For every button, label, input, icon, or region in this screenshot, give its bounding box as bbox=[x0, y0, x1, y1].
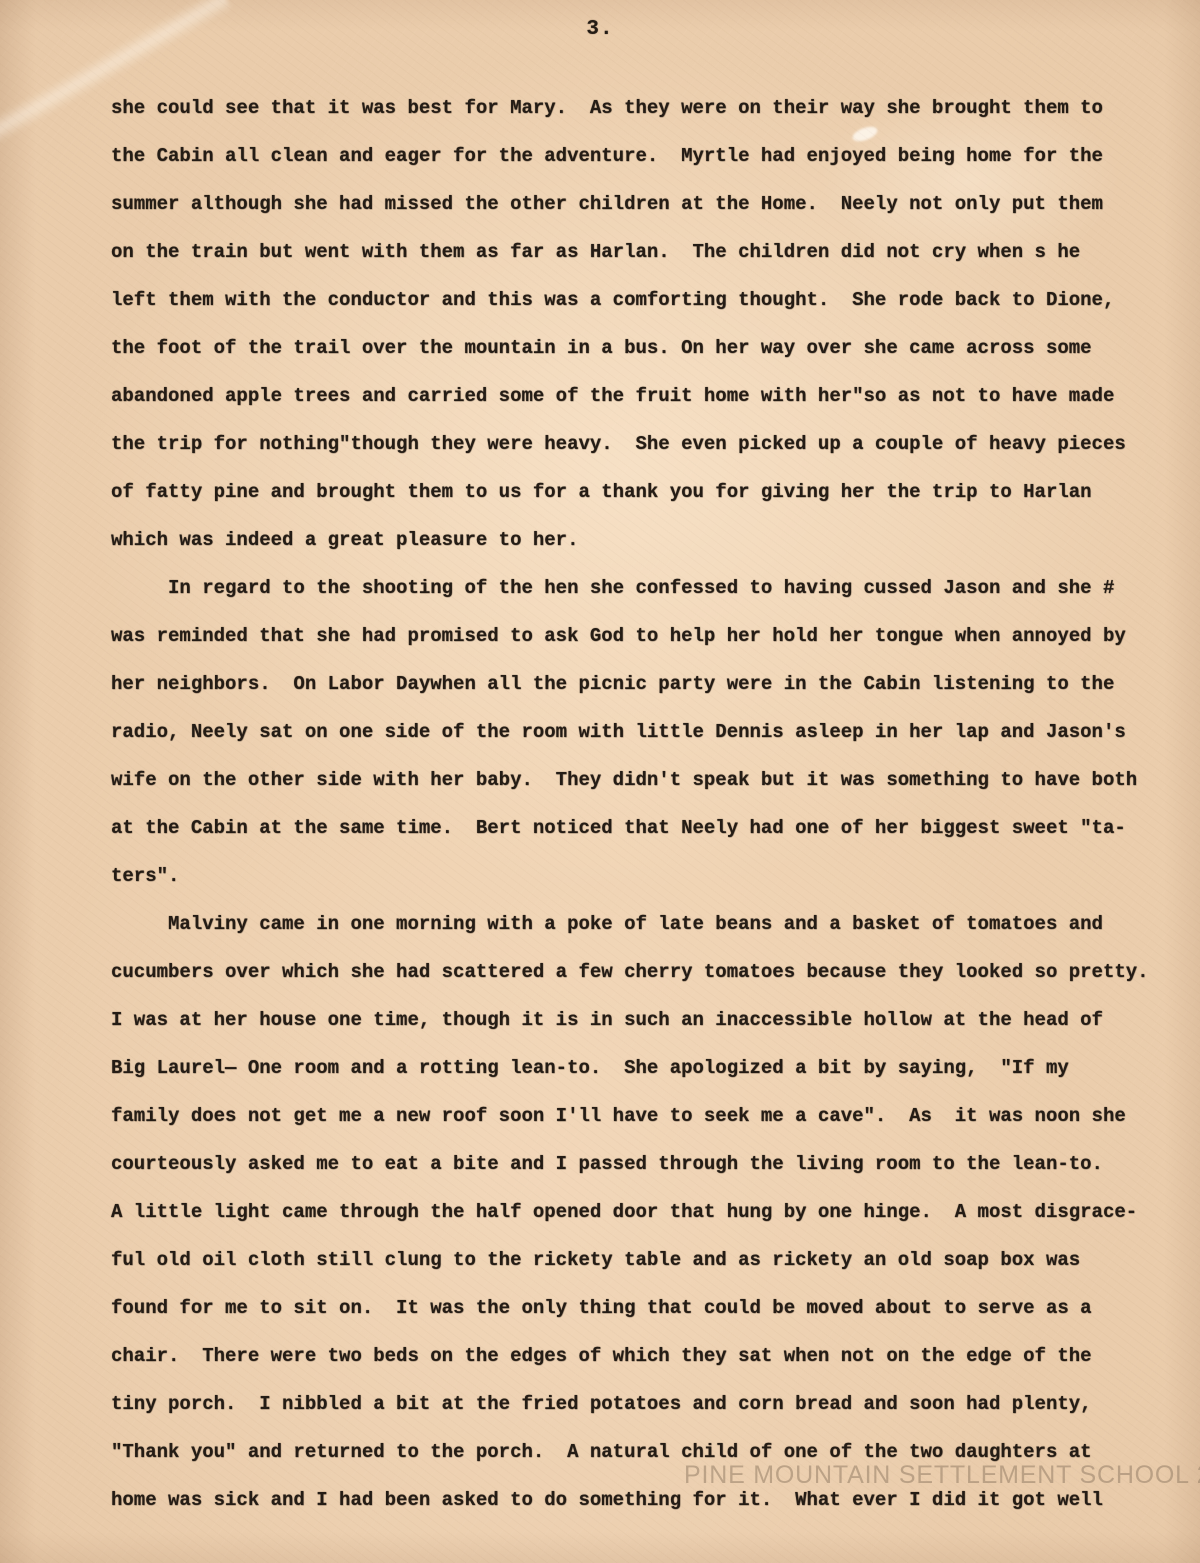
text-line-13: her neighbors. On Labor Daywhen all the … bbox=[111, 660, 1171, 708]
text-line-5: left them with the conductor and this wa… bbox=[111, 276, 1171, 324]
text-line-9: of fatty pine and brought them to us for… bbox=[111, 468, 1171, 516]
text-line-18: Malviny came in one morning with a poke … bbox=[111, 900, 1171, 948]
text-line-2: the Cabin all clean and eager for the ad… bbox=[111, 132, 1171, 180]
text-line-22: family does not get me a new roof soon I… bbox=[111, 1092, 1171, 1140]
text-line-17: ters". bbox=[111, 852, 1171, 900]
text-line-11: In regard to the shooting of the hen she… bbox=[111, 564, 1171, 612]
text-line-26: found for me to sit on. It was the only … bbox=[111, 1284, 1171, 1332]
text-line-8: the trip for nothing"though they were he… bbox=[111, 420, 1171, 468]
text-line-24: A little light came through the half ope… bbox=[111, 1188, 1171, 1236]
text-line-15: wife on the other side with her baby. Th… bbox=[111, 756, 1171, 804]
text-line-19: cucumbers over which she had scattered a… bbox=[111, 948, 1171, 996]
text-line-27: chair. There were two beds on the edges … bbox=[111, 1332, 1171, 1380]
text-line-10: which was indeed a great pleasure to her… bbox=[111, 516, 1171, 564]
text-line-6: the foot of the trail over the mountain … bbox=[111, 324, 1171, 372]
text-line-20: I was at her house one time, though it i… bbox=[111, 996, 1171, 1044]
text-line-12: was reminded that she had promised to as… bbox=[111, 612, 1171, 660]
text-line-1: she could see that it was best for Mary.… bbox=[111, 84, 1171, 132]
text-line-7: abandoned apple trees and carried some o… bbox=[111, 372, 1171, 420]
watermark: PINE MOUNTAIN SETTLEMENT SCHOOL 2015 bbox=[684, 1461, 1200, 1490]
text-line-21: Big Laurel— One room and a rotting lean-… bbox=[111, 1044, 1171, 1092]
paper-crease bbox=[29, 0, 382, 2]
text-line-4: on the train but went with them as far a… bbox=[111, 228, 1171, 276]
page-number: 3. bbox=[0, 18, 1200, 41]
text-line-25: ful old oil cloth still clung to the ric… bbox=[111, 1236, 1171, 1284]
text-line-14: radio, Neely sat on one side of the room… bbox=[111, 708, 1171, 756]
document-body-text: she could see that it was best for Mary.… bbox=[111, 84, 1171, 1524]
text-line-23: courteously asked me to eat a bite and I… bbox=[111, 1140, 1171, 1188]
text-line-16: at the Cabin at the same time. Bert noti… bbox=[111, 804, 1171, 852]
text-line-3: summer although she had missed the other… bbox=[111, 180, 1171, 228]
text-line-28: tiny porch. I nibbled a bit at the fried… bbox=[111, 1380, 1171, 1428]
